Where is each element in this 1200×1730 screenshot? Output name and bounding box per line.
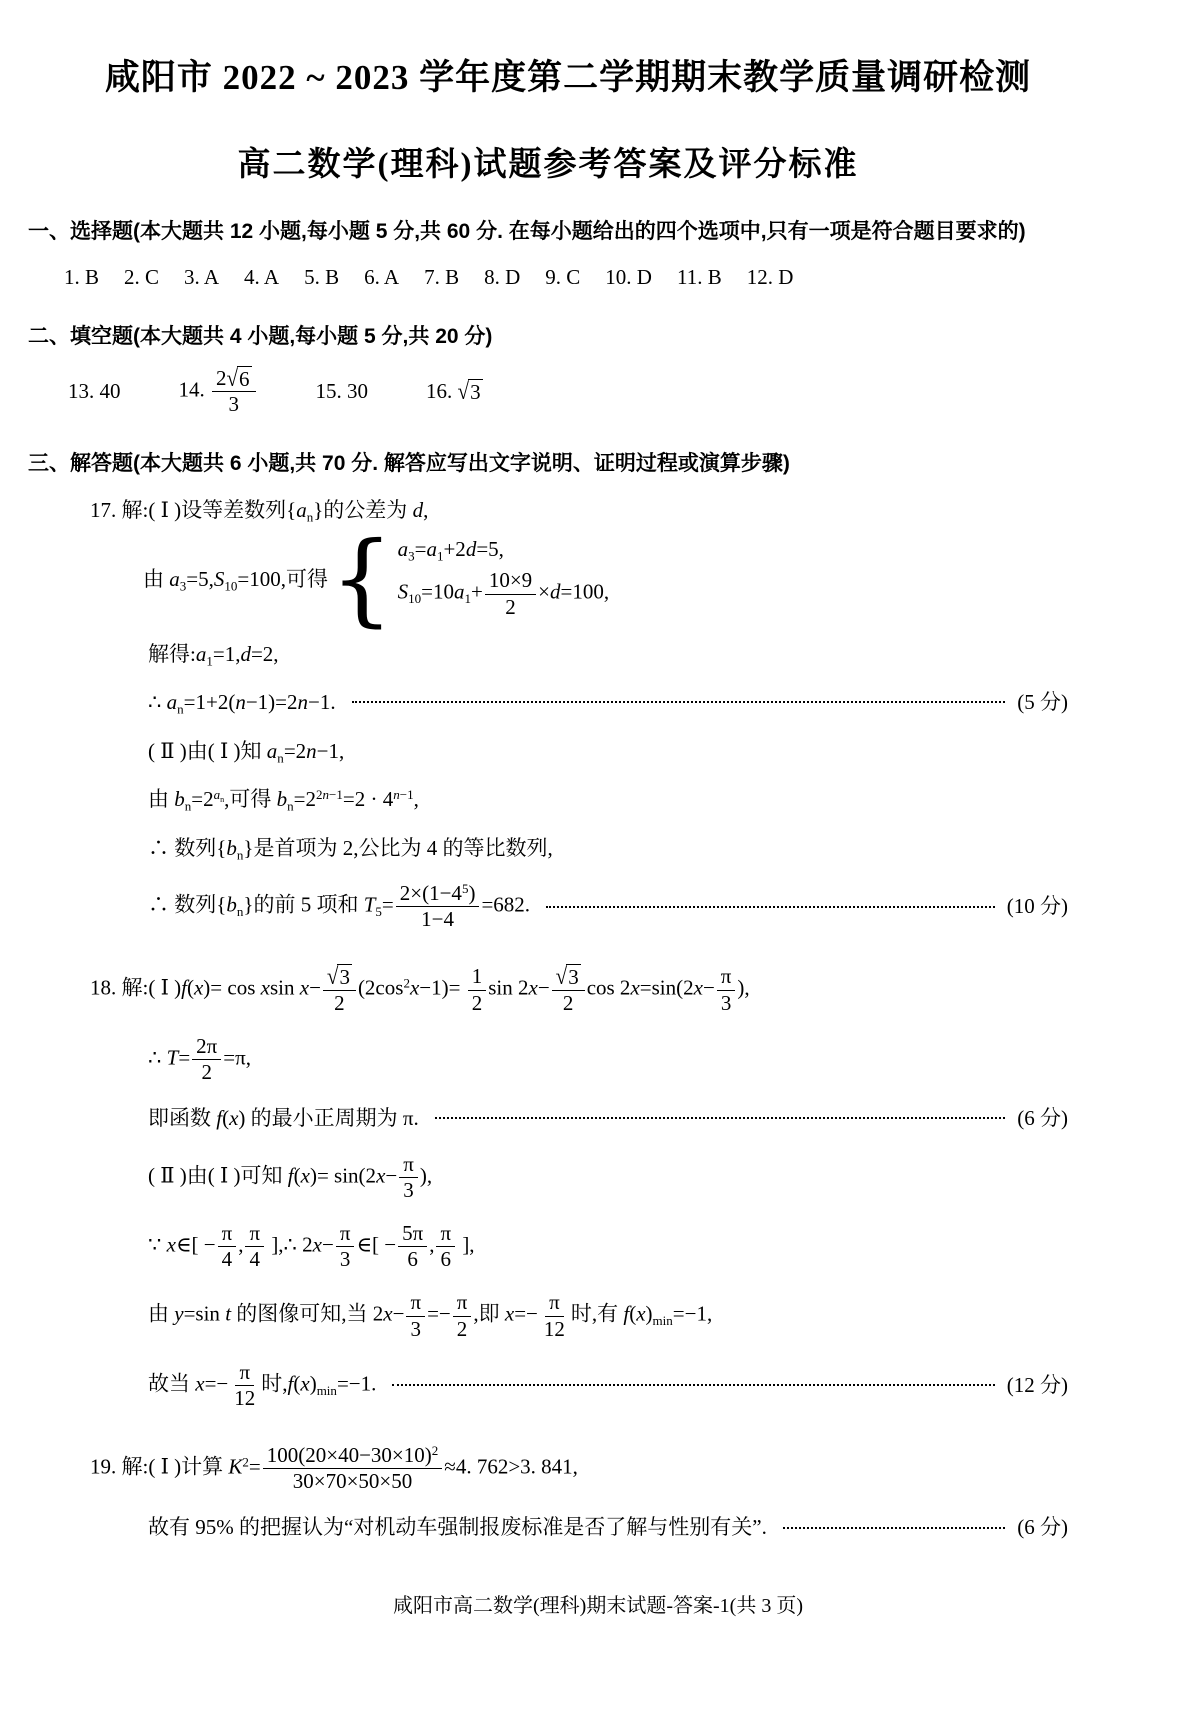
variable: y <box>174 1302 183 1326</box>
choice-answer-9: 9. C <box>545 265 580 290</box>
q17-part2-line: ( Ⅱ )由( Ⅰ )知 an=2n−1, <box>148 736 1068 766</box>
score-label: (10 分) <box>1007 891 1068 921</box>
denominator: 6 <box>437 1247 456 1272</box>
variable: b <box>226 893 237 917</box>
q17-system-equations: a3=a1+2d=5, S10=10a1+10×92×d=100, <box>398 537 610 620</box>
q18-setup-line: 18. 解:( Ⅰ )f(x)= cos xsin x−√32(2cos2x−1… <box>90 964 1068 1015</box>
numerator: π <box>218 1221 237 1247</box>
q17-setup-line: 17. 解:( Ⅰ )设等差数列{an}的公差为 d, <box>90 495 1068 525</box>
denominator: 2 <box>197 1060 216 1085</box>
formula: 由 y=sin t 的图像可知,当 2x−π3=−π2,即 x=−π12时,有 … <box>148 1290 712 1341</box>
subscript: 3 <box>408 548 415 563</box>
variable: t <box>225 1302 231 1326</box>
section-fill-heading: 二、填空题(本大题共 4 小题,每小题 5 分,共 20 分) <box>28 320 1068 350</box>
fraction: π6 <box>436 1221 455 1272</box>
superscript: 2 <box>432 1443 439 1458</box>
variable: a <box>167 690 178 714</box>
choice-answer-10: 10. D <box>605 265 652 290</box>
radicand: 3 <box>468 379 483 404</box>
choice-answer-11: 11. B <box>677 265 722 290</box>
subscript: 10 <box>224 579 237 594</box>
choice-answer-2: 2. C <box>124 265 159 290</box>
fraction: π4 <box>245 1221 264 1272</box>
page-footer: 咸阳市高二数学(理科)期末试题-答案-1(共 3 页) <box>28 1589 1168 1618</box>
answer-key-subtitle: 高二数学(理科)试题参考答案及评分标准 <box>28 138 1068 185</box>
q17-t5-line: ∴ 数列{bn}的前 5 项和 T5=2×(1−45)1−4=682. (10 … <box>148 881 1068 932</box>
variable: x <box>261 976 270 1000</box>
superscript: an <box>214 787 225 802</box>
denominator: 2 <box>559 991 578 1016</box>
denominator: 2 <box>330 991 349 1016</box>
dotted-leader <box>783 1527 1005 1529</box>
variable: x <box>195 1371 204 1395</box>
denominator: 4 <box>246 1247 265 1272</box>
formula: 18. 解:( Ⅰ )f(x)= cos xsin x−√32(2cos2x−1… <box>90 964 750 1015</box>
variable: S <box>214 567 225 591</box>
variable: d <box>550 580 561 604</box>
radical-sign: √ <box>327 963 339 991</box>
fraction: π3 <box>336 1221 355 1272</box>
subscript: 3 <box>180 579 187 594</box>
variable: x <box>229 1106 238 1130</box>
variable: x <box>300 976 309 1000</box>
subscript: min <box>653 1313 673 1328</box>
variable: x <box>300 1371 309 1395</box>
answer-sheet-page: 咸阳市 2022 ~ 2023 学年度第二学期期末教学质量调研检测 高二数学(理… <box>0 0 1200 1648</box>
q17-bn-line: 由 bn=2an,可得 bn=22n−1=2 · 4n−1, <box>148 784 1068 814</box>
denominator: 12 <box>230 1386 259 1411</box>
variable: f <box>623 1302 629 1326</box>
variable: x <box>694 976 703 1000</box>
denominator: 3 <box>336 1247 355 1272</box>
score-label: (5 分) <box>1017 687 1068 717</box>
numerator: 2×(1−45) <box>396 881 480 907</box>
denominator: 2 <box>501 595 520 620</box>
variable: x <box>505 1302 514 1326</box>
numerator: π <box>545 1290 564 1316</box>
numerator: π <box>235 1360 254 1386</box>
variable: b <box>174 787 185 811</box>
q17-equation-system: 由 a3=5,S10=100,可得 { a3=a1+2d=5, S10=10a1… <box>143 536 1068 621</box>
numerator: π <box>336 1221 355 1247</box>
numerator: π <box>245 1221 264 1247</box>
section-solution-heading: 三、解答题(本大题共 6 小题,共 70 分. 解答应写出文字说明、证明过程或演… <box>28 447 1068 477</box>
formula: ∴ 数列{bn}是首项为 2,公比为 4 的等比数列, <box>148 833 553 863</box>
subscript: 1 <box>206 653 213 668</box>
numerator: π <box>406 1290 425 1316</box>
variable: a <box>169 567 180 591</box>
superscript: 5 <box>462 881 469 896</box>
dotted-leader <box>435 1117 1005 1119</box>
score-label: (12 分) <box>1007 1370 1068 1400</box>
variable: x <box>636 1302 645 1326</box>
radicand: 3 <box>337 964 352 989</box>
fraction: π4 <box>218 1221 237 1272</box>
denominator: 1−4 <box>417 907 458 932</box>
denominator: 2 <box>453 1317 472 1342</box>
subscript: min <box>317 1383 337 1398</box>
q18-period-calc-line: ∴ T=2π2=π, <box>148 1034 1068 1085</box>
choice-answer-6: 6. A <box>364 265 399 290</box>
square-root: √3 <box>458 379 483 404</box>
fraction: π3 <box>399 1152 418 1203</box>
variable: a <box>296 498 307 522</box>
q17-system-lead: 由 a3=5,S10=100,可得 <box>143 563 328 593</box>
variable: b <box>226 836 237 860</box>
fraction: 2π2 <box>192 1034 221 1085</box>
formula: 即函数 f(x) 的最小正周期为 π. <box>148 1103 419 1133</box>
subscript: 1 <box>437 548 444 563</box>
denominator: 12 <box>540 1317 569 1342</box>
fraction: π3 <box>406 1290 425 1341</box>
variable: x <box>313 1232 322 1256</box>
denominator: 3 <box>225 392 244 417</box>
subscript: 1 <box>464 591 471 606</box>
fill-answer-15: 15. 30 <box>316 379 369 404</box>
variable: b <box>277 787 288 811</box>
formula: ∴ 数列{bn}的前 5 项和 T5=2×(1−45)1−4=682. <box>148 881 530 932</box>
denominator: 3 <box>399 1178 418 1203</box>
variable: d <box>413 498 424 522</box>
subscript: n <box>237 847 244 862</box>
choice-answers-row: 1. B 2. C 3. A 4. A 5. B 6. A 7. B 8. D … <box>64 265 1068 290</box>
variable: T <box>167 1045 179 1069</box>
choice-answer-12: 12. D <box>747 265 794 290</box>
variable: x <box>376 1163 385 1187</box>
left-brace: { <box>330 536 394 621</box>
denominator: 6 <box>403 1247 422 1272</box>
q18-range-line: ∵ x∈[ −π4,π4 ],∴ 2x−π3∈[ −5π6,π6 ], <box>148 1221 1068 1272</box>
variable: d <box>466 537 477 561</box>
variable: a <box>196 642 207 666</box>
variable: x <box>630 976 639 1000</box>
fraction: √32 <box>323 964 356 1015</box>
variable: f <box>288 1163 294 1187</box>
variable: n <box>306 739 317 763</box>
q17-system-eq2: S10=10a1+10×92×d=100, <box>398 568 610 619</box>
q18-period-line: 即函数 f(x) 的最小正周期为 π. (6 分) <box>148 1103 1068 1133</box>
subscript: n <box>185 799 192 814</box>
variable: x <box>301 1163 310 1187</box>
subscript: n <box>277 750 284 765</box>
radical-sign: √ <box>556 963 568 991</box>
fraction: 5π6 <box>398 1221 427 1272</box>
numerator: √3 <box>552 964 585 990</box>
variable: a <box>267 739 278 763</box>
subscript: n <box>177 702 184 717</box>
numerator: π <box>436 1221 455 1247</box>
q19-setup-line: 19. 解:( Ⅰ )计算 K2=100(20×40−30×10)230×70×… <box>90 1443 1068 1494</box>
variable: f <box>288 1371 294 1395</box>
fraction: 2×(1−45)1−4 <box>396 881 480 932</box>
formula: 故当 x=−π12时,f(x)min=−1. <box>148 1360 376 1411</box>
exam-title: 咸阳市 2022 ~ 2023 学年度第二学期期末教学质量调研检测 <box>0 50 1148 100</box>
q18-sint-line: 由 y=sin t 的图像可知,当 2x−π3=−π2,即 x=−π12时,有 … <box>148 1290 1068 1341</box>
variable: x <box>167 1232 176 1256</box>
formula: 19. 解:( Ⅰ )计算 K2=100(20×40−30×10)230×70×… <box>90 1443 578 1494</box>
denominator: 3 <box>717 991 736 1016</box>
section-choice-heading: 一、选择题(本大题共 12 小题,每小题 5 分,共 60 分. 在每小题给出的… <box>28 215 1068 245</box>
numerator: 5π <box>398 1221 427 1247</box>
formula: 解得:a1=1,d=2, <box>148 639 279 669</box>
variable: S <box>398 580 409 604</box>
radicand: 3 <box>566 964 581 989</box>
radical-sign: √ <box>227 364 239 392</box>
choice-answer-4: 4. A <box>244 265 279 290</box>
q17-system-eq1: a3=a1+2d=5, <box>398 537 610 563</box>
variable: n <box>298 690 309 714</box>
fill-answer-13: 13. 40 <box>68 379 121 404</box>
subscript: n <box>237 904 244 919</box>
variable: x <box>410 976 419 1000</box>
formula: ∴ T=2π2=π, <box>148 1034 251 1085</box>
subscript: n <box>287 799 294 814</box>
radical-sign: √ <box>458 378 470 406</box>
fill-answers-row: 13. 40 14. 2√63 15. 30 16. √3 <box>68 366 1068 417</box>
variable: x <box>194 976 203 1000</box>
denominator: 4 <box>218 1247 237 1272</box>
numerator: π <box>717 964 736 990</box>
score-label: (6 分) <box>1017 1103 1068 1133</box>
formula: ∴ an=1+2(n−1)=2n−1. <box>148 687 336 717</box>
choice-answer-3: 3. A <box>184 265 219 290</box>
score-label: (6 分) <box>1017 1512 1068 1542</box>
fraction: π12 <box>540 1290 569 1341</box>
fill-answer-16: 16. √3 <box>426 379 483 404</box>
fraction: π12 <box>230 1360 259 1411</box>
denominator: 30×70×50×50 <box>289 1469 417 1494</box>
choice-answer-7: 7. B <box>424 265 459 290</box>
formula: ( Ⅱ )由( Ⅰ )可知 f(x)= sin(2x−π3), <box>148 1152 432 1203</box>
numerator: √3 <box>323 964 356 990</box>
formula: ( Ⅱ )由( Ⅰ )知 an=2n−1, <box>148 736 344 766</box>
q17-an-line: ∴ an=1+2(n−1)=2n−1. (5 分) <box>148 687 1068 717</box>
subscript: n <box>220 795 224 804</box>
q17-solve-line: 解得:a1=1,d=2, <box>148 639 1068 669</box>
numerator: π <box>399 1152 418 1178</box>
superscript: 2 <box>242 1454 249 1469</box>
variable: n <box>323 787 330 802</box>
fraction: 2√63 <box>212 366 256 417</box>
formula: ∵ x∈[ −π4,π4 ],∴ 2x−π3∈[ −5π6,π6 ], <box>148 1221 475 1272</box>
variable: f <box>216 1106 222 1130</box>
variable: x <box>383 1302 392 1326</box>
numerator: 10×9 <box>485 568 536 594</box>
variable: T <box>364 893 376 917</box>
choice-answer-1: 1. B <box>64 265 99 290</box>
fraction: 10×92 <box>485 568 536 619</box>
numerator: 100(20×40−30×10)2 <box>263 1443 443 1469</box>
dotted-leader <box>392 1384 994 1386</box>
formula: 故有 95% 的把握认为“对机动车强制报废标准是否了解与性别有关”. <box>148 1512 767 1542</box>
variable: a <box>454 580 465 604</box>
fraction: √32 <box>552 964 585 1015</box>
denominator: 3 <box>407 1317 426 1342</box>
radicand: 6 <box>237 366 252 391</box>
choice-answer-8: 8. D <box>484 265 520 290</box>
q18-part2-line: ( Ⅱ )由( Ⅰ )可知 f(x)= sin(2x−π3), <box>148 1152 1068 1203</box>
variable: a <box>398 537 409 561</box>
variable: d <box>240 642 251 666</box>
dotted-leader <box>546 906 995 908</box>
numerator: 2√6 <box>212 366 256 392</box>
variable: n <box>235 690 246 714</box>
square-root: √3 <box>556 964 581 989</box>
variable: K <box>228 1455 242 1479</box>
q17-geometric-line: ∴ 数列{bn}是首项为 2,公比为 4 的等比数列, <box>148 833 1068 863</box>
fraction: 100(20×40−30×10)230×70×50×50 <box>263 1443 443 1494</box>
variable: n <box>393 787 400 802</box>
subscript: 10 <box>408 591 421 606</box>
formula: 由 bn=2an,可得 bn=22n−1=2 · 4n−1, <box>148 784 419 814</box>
q18-min-line: 故当 x=−π12时,f(x)min=−1. (12 分) <box>148 1360 1068 1411</box>
square-root: √3 <box>327 964 352 989</box>
q19-conclusion-line: 故有 95% 的把握认为“对机动车强制报废标准是否了解与性别有关”. (6 分) <box>148 1512 1068 1542</box>
subscript: n <box>307 510 314 525</box>
superscript: 2n−1 <box>316 787 343 802</box>
fill-answer-14: 14. 2√63 <box>179 366 258 417</box>
variable: a <box>426 537 437 561</box>
fraction: 12 <box>468 964 487 1015</box>
dotted-leader <box>352 701 1006 703</box>
numerator: 1 <box>468 964 487 990</box>
choice-answer-5: 5. B <box>304 265 339 290</box>
variable: x <box>528 976 537 1000</box>
fraction: π2 <box>453 1290 472 1341</box>
denominator: 2 <box>468 991 487 1016</box>
subscript: 5 <box>375 904 382 919</box>
superscript: n−1 <box>393 787 413 802</box>
square-root: √6 <box>227 366 252 391</box>
numerator: 2π <box>192 1034 221 1060</box>
variable: f <box>181 976 187 1000</box>
numerator: π <box>453 1290 472 1316</box>
fraction: π3 <box>717 964 736 1015</box>
